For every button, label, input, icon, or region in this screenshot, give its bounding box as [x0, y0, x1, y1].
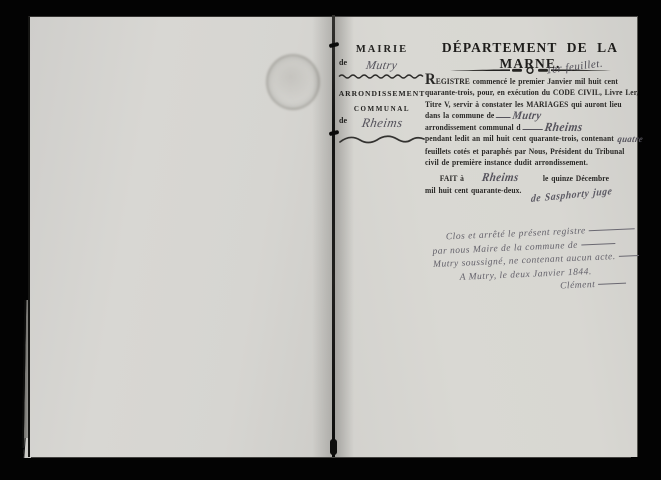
embossed-seal-stamp-icon: [266, 54, 320, 110]
registre-line: Titre V, servir à constater les MARIAGES…: [425, 99, 638, 110]
commune-name-handwritten: Mutry: [512, 111, 543, 122]
pen-dash: [523, 123, 543, 130]
de-label-2: de: [339, 116, 347, 125]
fait-date-line2: mil huit cent quarante-deux.: [425, 185, 521, 201]
pen-dash: [496, 111, 511, 118]
registre-paragraph: REGISTRE commencé le premier Janvier mil…: [425, 74, 638, 201]
commune-name-handwritten: Mutry: [365, 58, 399, 73]
pen-flourish: [619, 255, 639, 257]
fait-date-row: mil huit cent quarante-deux. de Sasphort…: [425, 185, 638, 201]
fait-label: FAIT à: [440, 173, 464, 184]
fait-row: FAIT à Rheims le quinze Décembre: [425, 172, 638, 184]
pen-flourish-divider: [336, 133, 428, 148]
arrondissement-name-handwritten: Rheims: [360, 115, 403, 131]
registre-line: feuillets cotés et paraphés par Nous, Pr…: [425, 146, 638, 157]
wavy-rule: [336, 73, 428, 79]
communal-heading: COMMUNAL: [336, 105, 428, 113]
feuillet-count-handwritten: quatre: [617, 135, 644, 146]
pen-flourish: [589, 228, 635, 231]
printed-text: pendant ledit an mil huit cent quarante-…: [425, 134, 614, 143]
de-label: de: [339, 58, 347, 67]
registre-line: REGISTRE commencé le premier Janvier mil…: [425, 74, 638, 87]
registre-line: dans la commune deMutry: [425, 110, 638, 121]
arrondissement-heading: ARRONDISSEMENT: [336, 89, 428, 98]
printed-text: arrondissement communal d: [425, 123, 521, 132]
right-page: DÉPARTEMENT DE LA MARNE. 1er feuillet. M…: [334, 16, 638, 457]
registre-line: arrondissement communal dRheims: [425, 121, 638, 133]
book-spine: [332, 15, 335, 457]
registre-line: pendant ledit an mil huit cent quarante-…: [425, 133, 638, 145]
printed-text: dans la commune de: [425, 111, 494, 120]
margin-column: MAIRIE de Mutry ARRONDISSEMENT COMMUNAL …: [336, 44, 428, 148]
mayor-signature-handwritten: Clément: [560, 280, 596, 292]
registre-line: quarante-trois, pour, en exécution du CO…: [425, 87, 638, 98]
commune-row: de Mutry: [336, 56, 428, 73]
registre-line: civil de première instance dudit arrondi…: [425, 157, 638, 168]
pen-flourish: [581, 243, 615, 245]
mairie-heading: MAIRIE: [336, 44, 428, 55]
arrondissement-row: de Rheims: [336, 114, 428, 131]
fait-place-handwritten: Rheims: [482, 172, 520, 183]
pen-flourish: [598, 283, 626, 285]
arrondissement-name-handwritten: Rheims: [544, 122, 584, 133]
scan-background: DÉPARTEMENT DE LA MARNE. 1er feuillet. M…: [0, 0, 661, 480]
fait-date: le quinze Décembre: [543, 173, 609, 184]
left-page: [28, 16, 336, 457]
judge-signature-handwritten: de Sasphorty juge: [530, 186, 612, 205]
closing-note-handwritten: Clos et arrêté le présent registre par n…: [432, 222, 661, 299]
